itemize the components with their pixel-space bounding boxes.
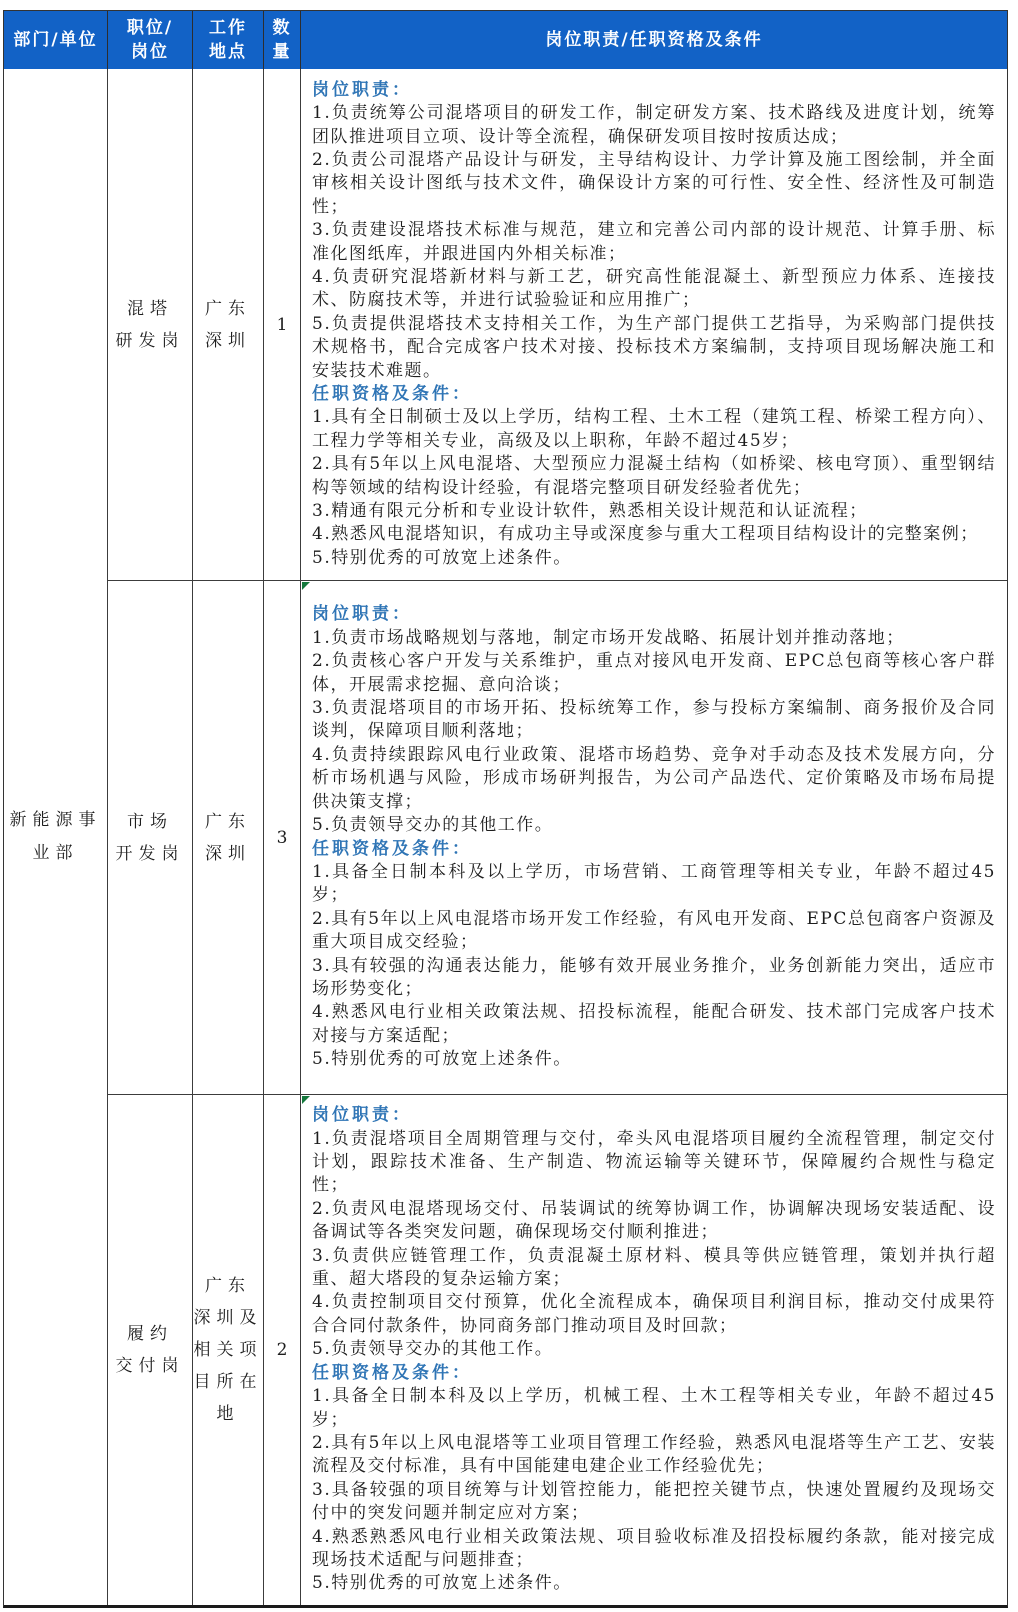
job-rows: 混塔 研发岗 广东 深圳 1 岗位职责： 1.负责统筹公司混塔项目的研发工作，制… xyxy=(108,69,1007,1605)
position-cell: 混塔 研发岗 xyxy=(108,69,193,580)
location-cell: 广东 深圳 xyxy=(193,581,264,1094)
qualifications-list: 1.具有全日制硕士及以上学历，结构工程、土木工程（建筑工程、桥梁工程方向）、工程… xyxy=(312,406,996,570)
table-row: 市场 开发岗 广东 深圳 3 岗位职责： 1.负责市场战略规划与落地，制定市场开… xyxy=(108,581,1007,1095)
qualifications-list: 1.具备全日制本科及以上学历，市场营销、工商管理等相关专业，年龄不超过45岁； … xyxy=(312,861,996,1072)
table-header-row: 部门/单位 职位/ 岗位 工作 地点 数量 岗位职责/任职资格及条件 xyxy=(4,11,1007,69)
header-cell-headcount: 数量 xyxy=(264,11,301,69)
headcount-cell: 2 xyxy=(264,1095,301,1605)
header-cell-location: 工作 地点 xyxy=(193,11,264,69)
location-cell: 广东 深圳及 相关项 目所在 地 xyxy=(193,1095,264,1605)
job-details-cell: 岗位职责： 1.负责统筹公司混塔项目的研发工作，制定研发方案、技术路线及进度计划… xyxy=(301,69,1007,580)
headcount-cell: 1 xyxy=(264,69,301,580)
responsibilities-list: 1.负责统筹公司混塔项目的研发工作，制定研发方案、技术路线及进度计划，统筹团队推… xyxy=(312,102,996,383)
header-cell-details: 岗位职责/任职资格及条件 xyxy=(301,11,1007,69)
responsibilities-title: 岗位职责： xyxy=(312,1104,996,1127)
table-row: 履约 交付岗 广东 深圳及 相关项 目所在 地 2 岗位职责： 1.负责混塔项目… xyxy=(108,1095,1007,1605)
qualifications-title: 任职资格及条件： xyxy=(312,838,996,861)
department-cell: 新能源事 业部 xyxy=(4,69,108,1605)
responsibilities-list: 1.负责市场战略规划与落地，制定市场开发战略、拓展计划并推动落地； 2.负责核心… xyxy=(312,627,996,838)
position-cell: 履约 交付岗 xyxy=(108,1095,193,1605)
qualifications-title: 任职资格及条件： xyxy=(312,1362,996,1385)
job-details-cell: 岗位职责： 1.负责市场战略规划与落地，制定市场开发战略、拓展计划并推动落地； … xyxy=(301,581,1007,1094)
location-cell: 广东 深圳 xyxy=(193,69,264,580)
qualifications-list: 1.具备全日制本科及以上学历，机械工程、土木工程等相关专业，年龄不超过45岁； … xyxy=(312,1385,996,1596)
recruitment-table-sheet: 部门/单位 职位/ 岗位 工作 地点 数量 岗位职责/任职资格及条件 新能源事 … xyxy=(0,0,1018,1612)
headcount-cell: 3 xyxy=(264,581,301,1094)
position-cell: 市场 开发岗 xyxy=(108,581,193,1094)
cell-corner-flag-icon xyxy=(302,582,310,590)
table-row: 混塔 研发岗 广东 深圳 1 岗位职责： 1.负责统筹公司混塔项目的研发工作，制… xyxy=(108,69,1007,581)
responsibilities-title: 岗位职责： xyxy=(312,603,996,626)
responsibilities-list: 1.负责混塔项目全周期管理与交付，牵头风电混塔项目履约全流程管理，制定交付计划，… xyxy=(312,1128,996,1362)
job-postings-table: 部门/单位 职位/ 岗位 工作 地点 数量 岗位职责/任职资格及条件 新能源事 … xyxy=(3,10,1008,1608)
header-cell-department: 部门/单位 xyxy=(4,11,108,69)
cell-corner-flag-icon xyxy=(302,1096,310,1104)
table-body: 新能源事 业部 混塔 研发岗 广东 深圳 1 岗位职责： 1.负责统筹公司混塔项… xyxy=(4,69,1007,1605)
header-cell-position: 职位/ 岗位 xyxy=(108,11,193,69)
responsibilities-title: 岗位职责： xyxy=(312,79,996,102)
job-details-cell: 岗位职责： 1.负责混塔项目全周期管理与交付，牵头风电混塔项目履约全流程管理，制… xyxy=(301,1095,1007,1605)
qualifications-title: 任职资格及条件： xyxy=(312,383,996,406)
